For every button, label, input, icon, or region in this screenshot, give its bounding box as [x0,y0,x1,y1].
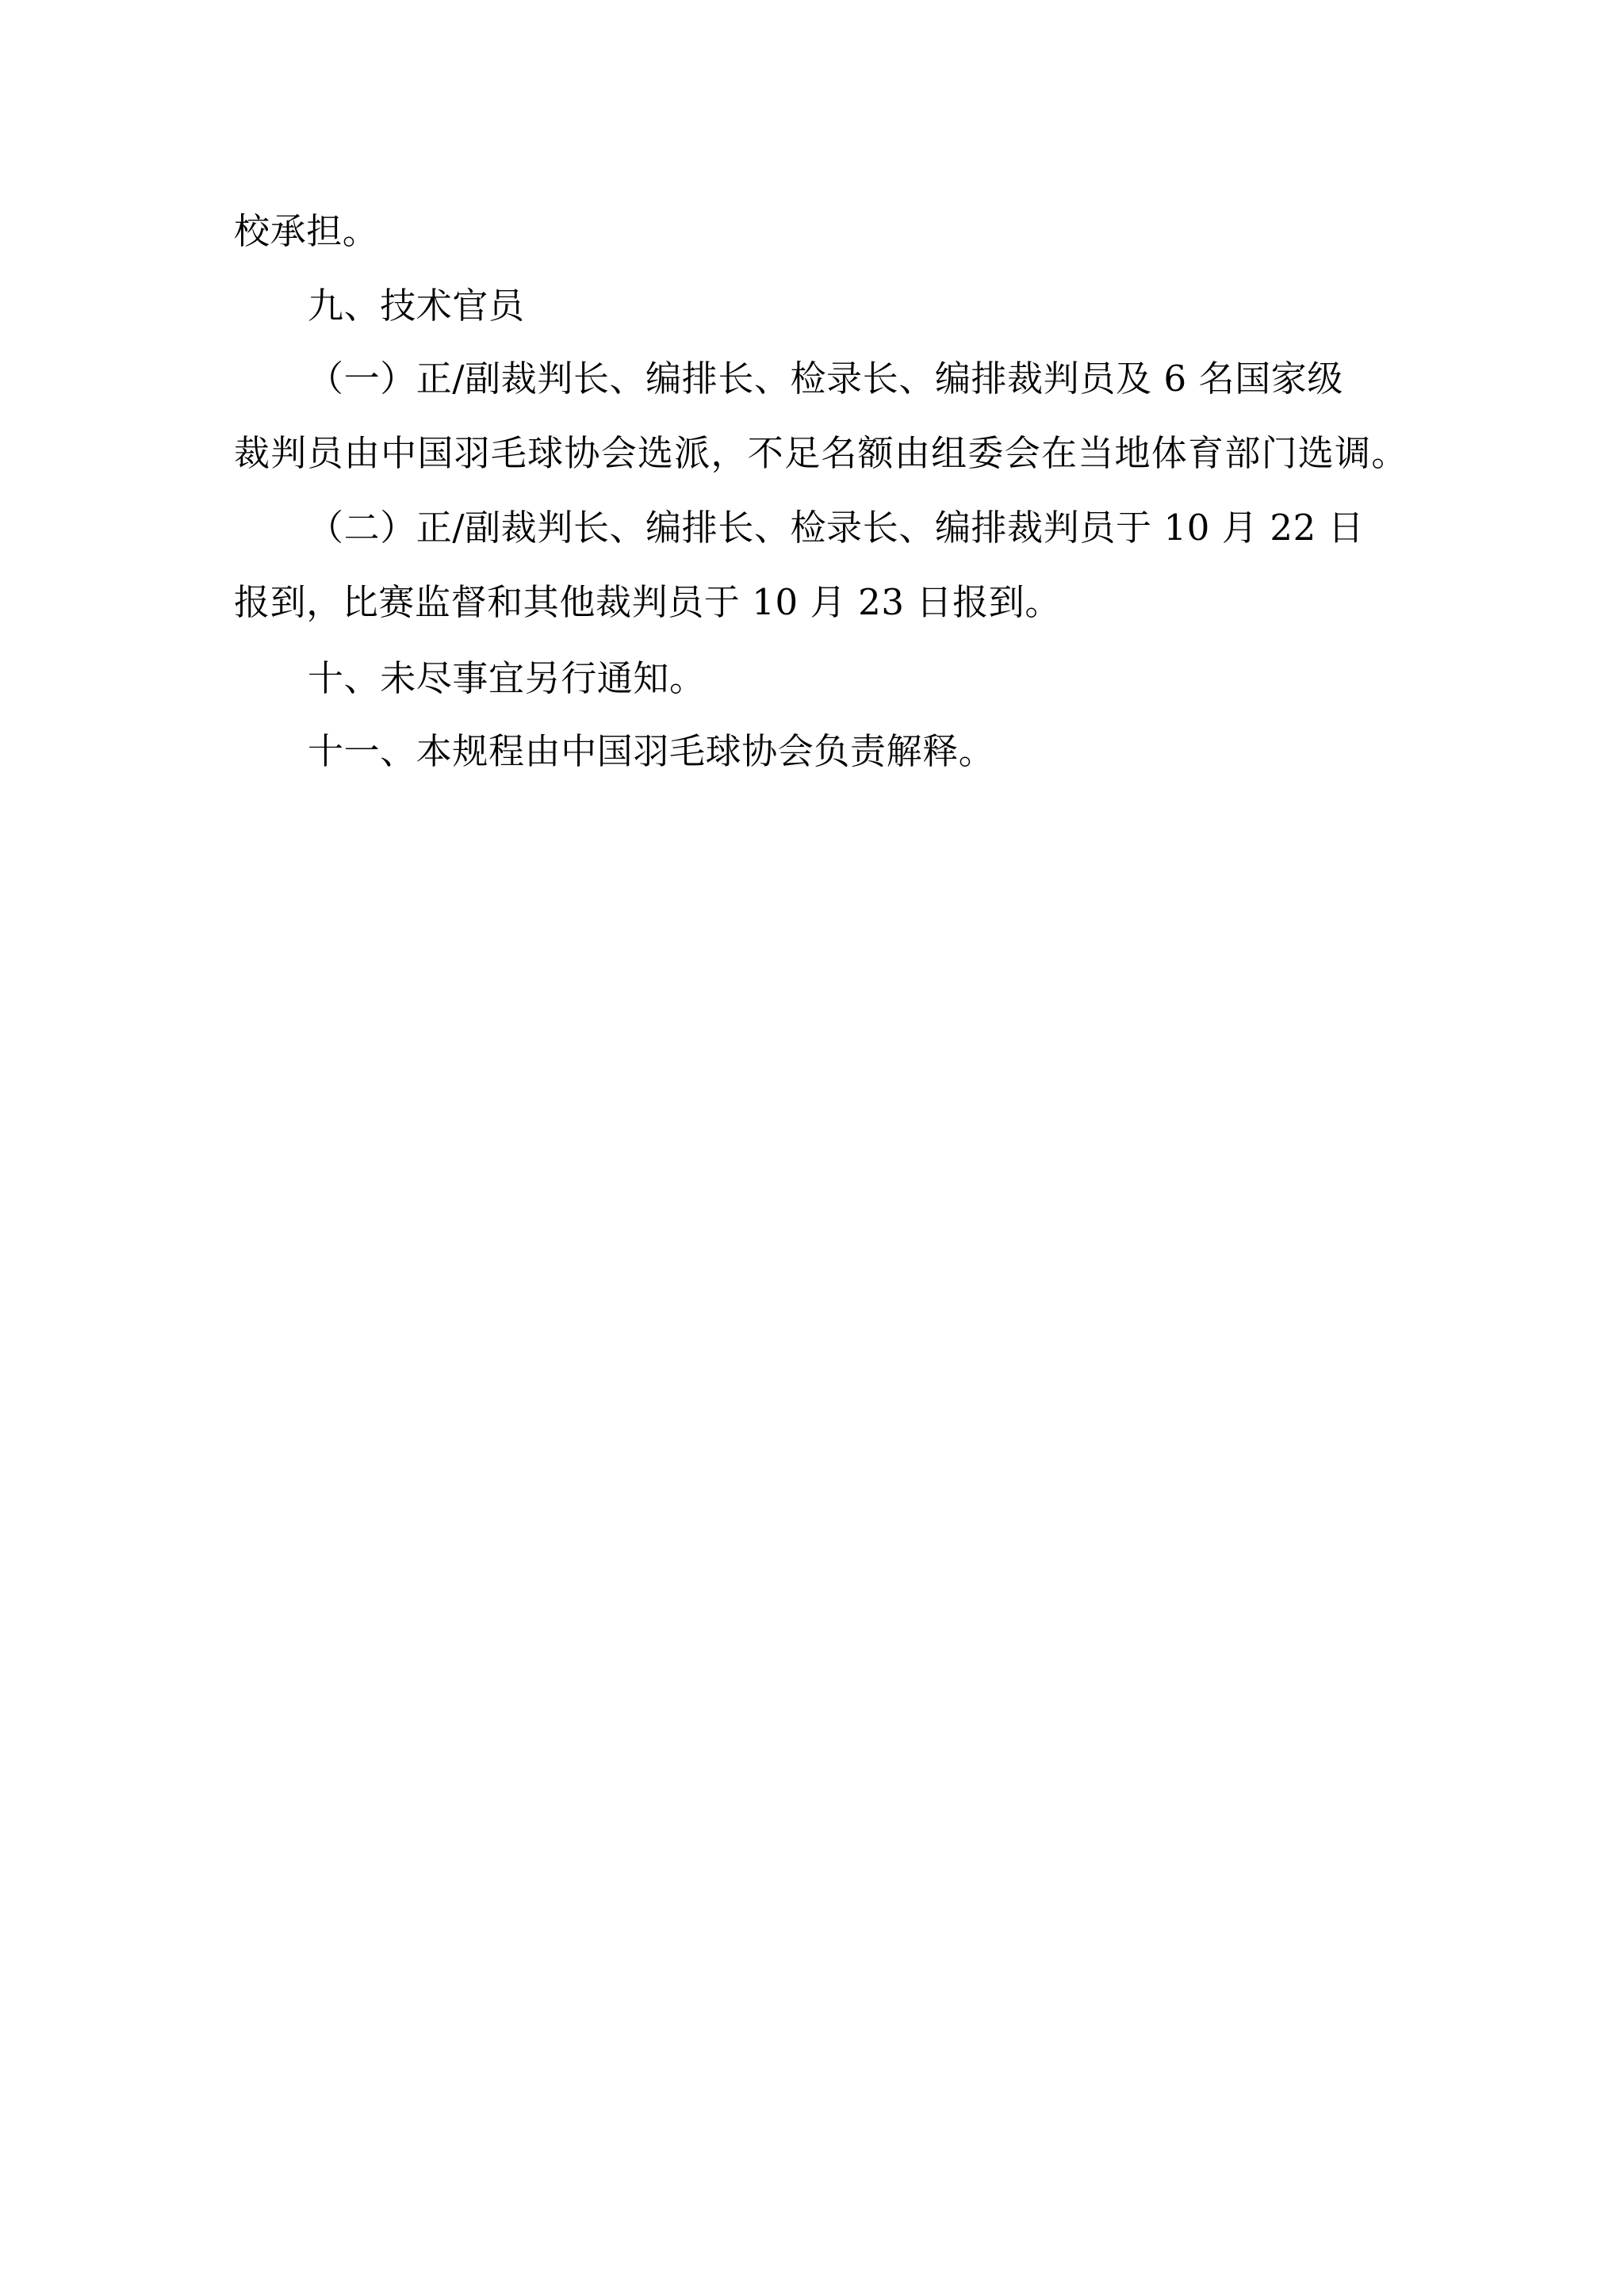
section-heading-9: 九、技术官员 [308,282,1481,330]
document-page: 校承担。 九、技术官员 （一）正/副裁判长、编排长、检录长、编排裁判员及 6 名… [0,0,1624,2296]
section-heading-10: 十、未尽事宜另行通知。 [308,655,1481,702]
section-heading-11: 十一、本规程由中国羽毛球协会负责解释。 [308,728,1481,775]
paragraph-9-1-line-2: 裁判员由中国羽毛球协会选派，不足名额由组委会在当地体育部门选调。 [234,430,1408,477]
paragraph-9-1-line-1: （一）正/副裁判长、编排长、检录长、编排裁判员及 6 名国家级 [308,355,1408,403]
paragraph-9-2-line-2: 报到，比赛监督和其他裁判员于 10 月 23 日报到。 [234,579,1408,626]
paragraph-9-2-line-1: （二）正/副裁判长、编排长、检录长、编排裁判员于 10 月 22 日 [308,504,1408,552]
continuation-text: 校承担。 [234,208,1408,255]
